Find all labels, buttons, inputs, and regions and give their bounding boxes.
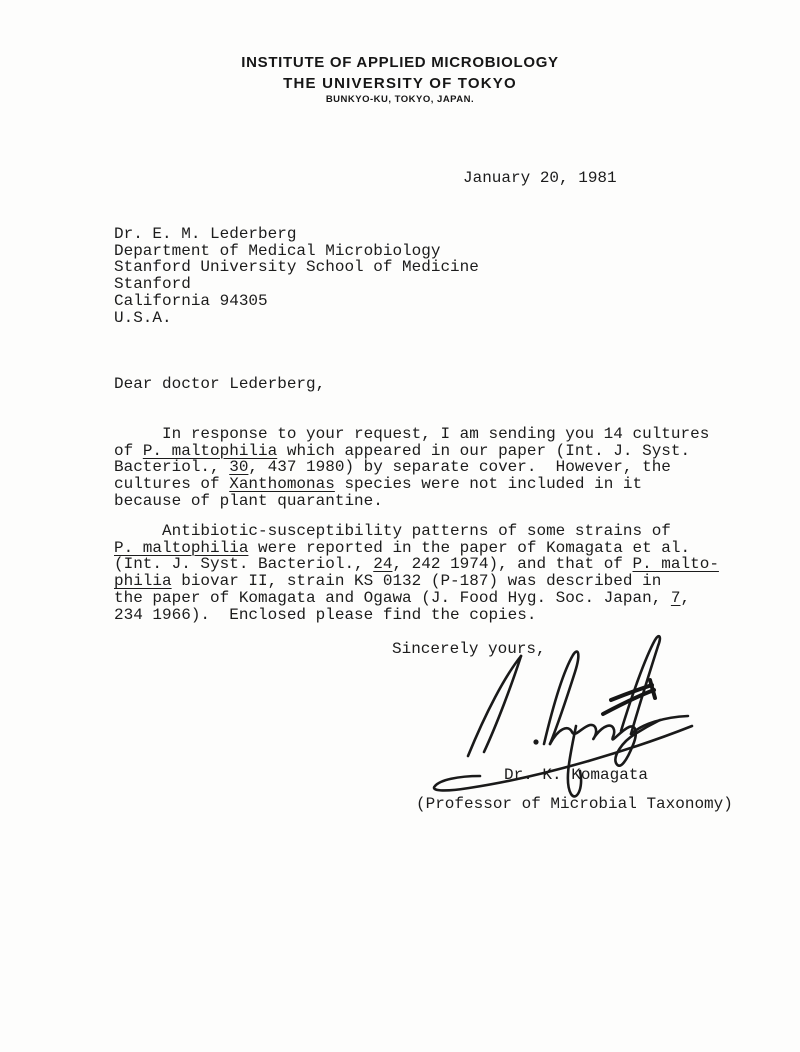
- letterhead-institute: INSTITUTE OF APPLIED MICROBIOLOGY: [0, 54, 800, 71]
- letter-line: because of plant quarantine.: [114, 493, 709, 510]
- body-paragraph-1: In response to your request, I am sendin…: [114, 426, 709, 510]
- letter-line: Dr. E. M. Lederberg: [114, 226, 479, 243]
- letter-line: California 94305: [114, 293, 479, 310]
- recipient-address: Dr. E. M. LederbergDepartment of Medical…: [114, 226, 479, 326]
- salutation: Dear doctor Lederberg,: [114, 376, 325, 393]
- signer-title: (Professor of Microbial Taxonomy): [416, 796, 733, 813]
- letter-line: Bacteriol., 30, 437 1980) by separate co…: [114, 459, 709, 476]
- signer-name: Dr. K. Komagata: [504, 767, 648, 784]
- letter-date: January 20, 1981: [463, 170, 617, 187]
- letter-page: INSTITUTE OF APPLIED MICROBIOLOGY THE UN…: [0, 0, 800, 1052]
- letter-line: Antibiotic-susceptibility patterns of so…: [114, 523, 719, 540]
- letter-line: In response to your request, I am sendin…: [114, 426, 709, 443]
- letter-line: of P. maltophilia which appeared in our …: [114, 443, 709, 460]
- body-paragraph-2: Antibiotic-susceptibility patterns of so…: [114, 523, 719, 623]
- letter-line: 234 1966). Enclosed please find the copi…: [114, 607, 719, 624]
- letter-line: Department of Medical Microbiology: [114, 243, 479, 260]
- letter-line: the paper of Komagata and Ogawa (J. Food…: [114, 590, 719, 607]
- letter-line: cultures of Xanthomonas species were not…: [114, 476, 709, 493]
- letter-line: philia biovar II, strain KS 0132 (P-187)…: [114, 573, 719, 590]
- letter-line: U.S.A.: [114, 310, 479, 327]
- letter-line: (Int. J. Syst. Bacteriol., 24, 242 1974)…: [114, 556, 719, 573]
- letterhead-location: BUNKYO-KU, TOKYO, JAPAN.: [0, 94, 800, 105]
- letter-line: Stanford: [114, 276, 479, 293]
- letter-line: P. maltophilia were reported in the pape…: [114, 540, 719, 557]
- letter-line: Stanford University School of Medicine: [114, 259, 479, 276]
- letterhead-university: THE UNIVERSITY OF TOKYO: [0, 75, 800, 92]
